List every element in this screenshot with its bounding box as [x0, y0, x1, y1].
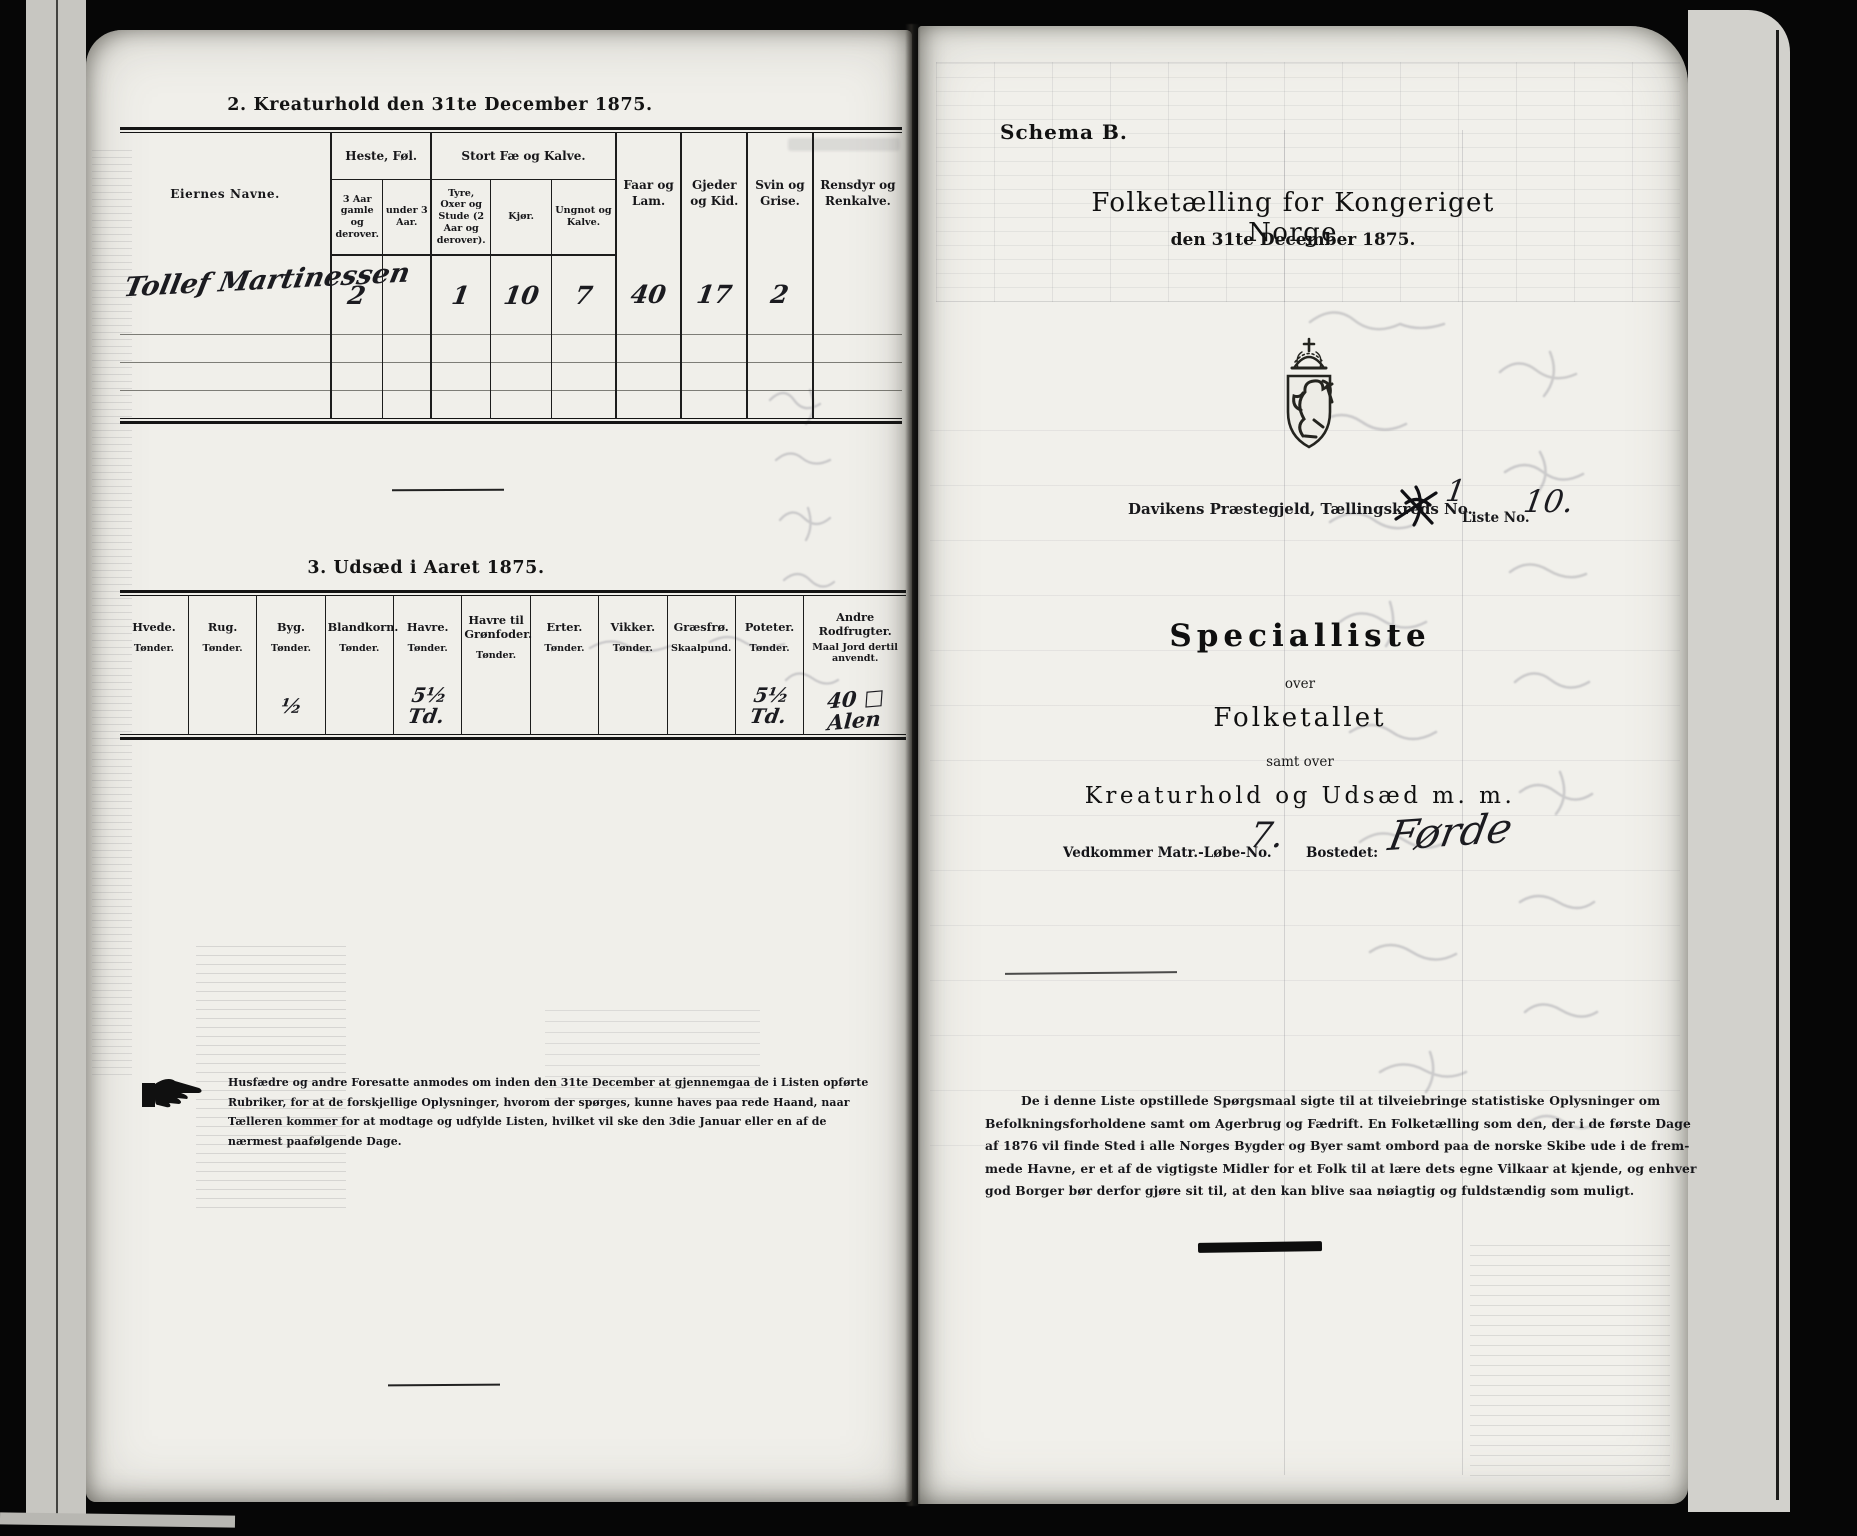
scanner-bed-right-strip [1688, 10, 1790, 1512]
handwritten-value: 2 [769, 280, 791, 309]
udsaed-table: Hvede.Tønder. Rug.Tønder. Byg.Tønder. Bl… [120, 590, 906, 740]
schema-label: Schema B. [1000, 120, 1128, 144]
col-header-tyre-oxer-stude: Tyre, Oxer og Stude (2 Aar og derover). [431, 180, 490, 256]
paragraph-line: De i denne Liste opstillede Spørgsmaal s… [985, 1090, 1649, 1113]
manicule-icon [140, 1076, 206, 1118]
udsaed-col-header: Poteter.Tønder. [735, 596, 803, 679]
paragraph-line: Befolkningsforholdene samt om Agerbrug o… [985, 1113, 1649, 1136]
handwritten-value: 2 [346, 281, 368, 310]
handwritten-liste-number: 10. [1521, 484, 1576, 520]
scanned-census-document: 2. Kreaturhold den 31te December 1875. E… [0, 0, 1857, 1536]
handwritten-value: 1 [450, 281, 472, 310]
udsaed-col-header: Erter.Tønder. [530, 596, 598, 679]
notice-line: Rubriker, for at de forskjellige Oplysni… [228, 1093, 806, 1113]
notice-line: nærmest paafølgende Dage. [228, 1132, 806, 1152]
kreaturhold-table-title: 2. Kreaturhold den 31te December 1875. [120, 95, 760, 115]
udsaed-col-header: Rug.Tønder. [188, 596, 256, 679]
col-header-svin-og-grise: Svin og Grise. [747, 133, 813, 256]
handwritten-value: ½ [279, 696, 303, 717]
footer-bar [1198, 1241, 1322, 1253]
udsaed-col-header: Havre til Grønfoder.Tønder. [462, 596, 530, 679]
col-header-kjoer: Kjør. [491, 180, 552, 256]
udsaed-col-header: Blandkorn.Tønder. [325, 596, 393, 679]
notice-line: Tælleren kommer for at modtage og udfyld… [228, 1112, 806, 1132]
col-header-eiernes-navne: Eiernes Navne. [120, 133, 331, 256]
handwritten-value: 17 [695, 280, 734, 309]
udsaed-col-header: Vikker.Tønder. [599, 596, 667, 679]
page-edge-line-right [1776, 30, 1779, 1500]
subtitle-over: over [1090, 676, 1510, 692]
col-header-ungnot-kalve: Ungnot og Kalve. [552, 180, 616, 256]
col-group-stort-fae: Stort Fæ og Kalve. [431, 133, 616, 180]
subtitle-specialliste: Specialliste [1090, 618, 1510, 654]
table-row: Tollef Martinessen 2 1 10 7 40 17 2 [120, 255, 902, 335]
udsaed-col-header: Havre.Tønder. [394, 596, 462, 679]
handwritten-value: 5½ Td. [735, 685, 805, 727]
table-row [120, 363, 902, 391]
paragraph-line: mede Havne, er et af de vigtigste Midler… [985, 1158, 1649, 1181]
udsaed-col-header: Græsfrø.Skaalpund. [667, 596, 735, 679]
notice-paragraph: Husfædre og andre Foresatte anmodes om i… [228, 1073, 806, 1151]
col-header-heste-under-3aar: under 3 Aar. [383, 180, 431, 256]
notice-line: Husfædre og andre Foresatte anmodes om i… [228, 1073, 806, 1093]
handwritten-value: 10 [501, 281, 540, 310]
col-header-rensdyr: Rensdyr og Renkalve. [813, 133, 902, 256]
udsaed-table-title: 3. Udsæd i Aaret 1875. [120, 558, 732, 578]
crossed-out-number-scribble [1392, 482, 1444, 534]
subtitle-kreaturhold-udsaed: Kreaturhold og Udsæd m. m. [1070, 783, 1530, 809]
table-row [120, 335, 902, 363]
handwritten-value: 40 □ Alen [804, 684, 906, 736]
census-date-line: den 31te December 1875. [1078, 230, 1508, 250]
scanner-bed-bottom-sliver [0, 1512, 235, 1527]
col-header-heste-3aar: 3 Aar gamle og derover. [331, 180, 383, 256]
kreaturhold-table: Eiernes Navne. Heste, Føl. Stort Fæ og K… [120, 127, 902, 424]
paragraph-line: god Borger bør derfor gjøre sit til, at … [985, 1180, 1649, 1203]
subtitle-folketallet: Folketallet [1090, 703, 1510, 733]
liste-no-label: Liste No. [1462, 510, 1530, 526]
table-row: ½ 5½ Td. 5½ Td. 40 □ Alen [120, 678, 906, 735]
subtitle-samt-over: samt over [1090, 754, 1510, 770]
bosted-label: Bostedet: [1306, 845, 1378, 861]
udsaed-col-header: Byg.Tønder. [257, 596, 325, 679]
norway-coat-of-arms [1272, 336, 1346, 466]
col-group-heste-foel: Heste, Føl. [331, 133, 431, 180]
handwritten-bosted-name: Førde [1385, 804, 1516, 860]
handwritten-value: 40 [629, 280, 668, 309]
matr-no-label: Vedkommer Matr.-Løbe-No. [1063, 845, 1272, 861]
col-header-gjeder-og-kid: Gjeder og Kid. [681, 133, 747, 256]
table-row [120, 391, 902, 419]
udsaed-col-header: Andre Rodfrugter.Maal Jord dertil anvend… [804, 596, 906, 679]
explanatory-paragraph: De i denne Liste opstillede Spørgsmaal s… [985, 1090, 1649, 1203]
handwritten-matr-number: 7. [1247, 816, 1287, 856]
page-fold-shadow [905, 24, 921, 1506]
handwritten-value: 7 [572, 281, 594, 310]
handwritten-value: 5½ Td. [393, 685, 463, 727]
page-edge-line-left [56, 0, 58, 1516]
col-header-faar-og-lam: Faar og Lam. [616, 133, 682, 256]
udsaed-col-header: Hvede.Tønder. [120, 596, 188, 679]
paragraph-line: af 1876 vil finde Sted i alle Norges Byg… [985, 1135, 1649, 1158]
